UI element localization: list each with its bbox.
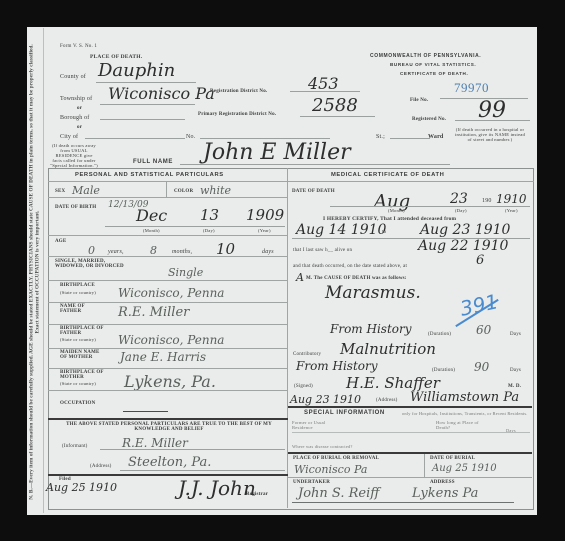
bureau-title: BUREAU OF VITAL STATISTICS.	[390, 62, 476, 67]
undertaker-name: John S. Reiff	[298, 486, 379, 501]
st-label: St.;	[376, 134, 385, 140]
md-label: M. D.	[508, 384, 521, 389]
year-caption: (Year)	[258, 228, 271, 233]
residence-note: (If death occurs away from USUAL RESIDEN…	[50, 143, 98, 168]
dod-year: 1910	[496, 192, 527, 206]
township-line	[100, 104, 195, 105]
dod-label: DATE OF DEATH	[292, 189, 335, 194]
state-country-caption: (State or country)	[60, 337, 96, 342]
row-rule	[48, 324, 288, 325]
occurred-text: and that death occurred, on the date sta…	[293, 264, 407, 269]
registered-line	[455, 120, 530, 121]
occupation-label: OCCUPATION	[60, 401, 95, 406]
special-line	[292, 432, 530, 433]
cause-duration-source: From History	[330, 322, 412, 336]
attended-to: Aug 23 1910	[420, 222, 510, 238]
physician-address-label: (Address)	[376, 398, 398, 403]
dob-month: Dec	[136, 206, 167, 225]
days-label: Days	[510, 368, 521, 373]
cause-of-death: Marasmus.	[325, 283, 421, 303]
form-number: Form V. S. No. 1	[60, 44, 97, 49]
row-rule	[48, 390, 288, 391]
row-rule	[48, 280, 288, 281]
city-line	[85, 138, 185, 139]
undertaker-label: UNDERTAKER	[293, 480, 330, 485]
contrib-duration: 90	[474, 360, 489, 374]
file-no-label: File No.	[410, 98, 428, 103]
center-divider	[287, 168, 288, 508]
undertaker-address-label: ADDRESS	[430, 480, 455, 485]
reg-district-label: Registration District No.	[210, 89, 267, 94]
row-rule	[48, 348, 288, 349]
how-long-label: How long at Place of Death?	[436, 420, 486, 430]
mother-birthplace-label: BIRTHPLACE OF MOTHER	[60, 370, 105, 380]
row-rule	[48, 302, 288, 303]
meridian: A	[296, 271, 304, 284]
days-label: days	[262, 249, 274, 255]
marital-value: Single	[168, 266, 203, 279]
state-country-caption: (State or country)	[60, 381, 96, 386]
state-country-caption: (State or country)	[60, 290, 96, 295]
month-caption: (Month)	[143, 228, 160, 233]
special-info-subtitle: only for Hospitals, Institutions, Transi…	[402, 411, 528, 416]
mother-birthplace-value: Lykens, Pa.	[124, 372, 216, 391]
last-saw-text: that I last saw h__ alive on	[293, 248, 352, 253]
street-line	[200, 138, 330, 139]
dob-day: 13	[200, 206, 219, 224]
margin-rule	[43, 28, 44, 513]
county-line	[96, 82, 196, 83]
death-hour: 6	[476, 253, 484, 268]
burial-place-label: PLACE OF BURIAL OR REMOVAL	[293, 456, 379, 461]
registrar-label: Registrar	[246, 492, 268, 497]
informant-value: R.E. Miller	[122, 436, 188, 450]
dod-year-prefix: 190	[482, 198, 492, 204]
medical-section-title: MEDICAL CERTIFICATE OF DEATH	[331, 172, 444, 178]
borough-line	[100, 119, 185, 120]
sex-label: SEX	[55, 189, 65, 194]
dob-line	[105, 226, 285, 227]
contributory-label: Contributory	[293, 352, 321, 357]
last-saw-date: Aug 22 1910	[418, 238, 508, 254]
day-caption: (Day)	[203, 228, 215, 233]
father-label: NAME OF FATHER	[60, 304, 100, 314]
months-label: months,	[172, 249, 192, 255]
contrib-duration-source: From History	[296, 359, 378, 373]
father-birthplace-label: BIRTHPLACE OF FATHER	[60, 326, 105, 336]
row-rule	[48, 197, 288, 198]
township-value: Wiconisco Pa	[108, 84, 215, 103]
burial-rule	[288, 452, 532, 454]
sex-value: Male	[72, 184, 100, 197]
year-caption: (Year)	[505, 208, 518, 213]
dob-label: DATE OF BIRTH	[55, 205, 96, 210]
contracted-label: Where was disease contracted?	[292, 444, 353, 449]
certificate-title: CERTIFICATE OF DEATH.	[400, 71, 468, 76]
full-name-line	[180, 164, 450, 165]
ward-label: Ward	[428, 134, 443, 140]
mother-value: Jane E. Harris	[120, 350, 206, 364]
age-label: AGE	[55, 239, 66, 244]
cause-duration: 60	[476, 323, 491, 337]
reg-district-line	[290, 91, 360, 92]
filed-date: Aug 25 1910	[46, 481, 117, 494]
commonwealth-title: COMMONWEALTH OF PENNSYLVANIA.	[370, 53, 481, 59]
attest-statement: THE ABOVE STATED PERSONAL PARTICULARS AR…	[58, 422, 280, 432]
special-info-title: SPECIAL INFORMATION	[304, 410, 385, 416]
undertaker-address: Lykens Pa	[412, 486, 478, 501]
duration-label: (Duration)	[432, 368, 455, 373]
st-line	[390, 138, 430, 139]
no-label: No.	[186, 134, 195, 140]
or-label: or	[77, 125, 82, 130]
borough-label: Borough of	[60, 115, 90, 121]
sex-color-divider	[166, 181, 167, 197]
registrar-signature: J.J. John	[178, 476, 256, 500]
cause-label: M. The CAUSE OF DEATH was as follows:	[306, 276, 407, 281]
primary-reg-label: Primary Registration District No.	[198, 112, 276, 117]
contributory-cause: Malnutrition	[340, 340, 436, 358]
county-value: Dauphin	[98, 60, 175, 81]
address-label: (Address)	[90, 464, 112, 469]
full-name-label: FULL NAME	[133, 159, 173, 165]
or-label: or	[77, 106, 82, 111]
informant-address: Steelton, Pa.	[128, 455, 211, 470]
informant-line	[100, 449, 285, 450]
side-instructions: N. B.—Every item of information should b…	[27, 32, 43, 512]
undertaker-line	[292, 502, 514, 503]
dob-year: 1909	[246, 206, 284, 224]
duration-label: (Duration)	[428, 332, 451, 337]
row-rule	[48, 256, 288, 257]
primary-reg-line	[300, 116, 375, 117]
row-rule	[48, 368, 288, 369]
mother-label: MAIDEN NAME OF MOTHER	[60, 350, 105, 360]
file-no-stamp: 79970	[454, 80, 489, 96]
county-label: County of	[60, 74, 86, 80]
days-label: Days	[510, 332, 521, 337]
day-caption: (Day)	[455, 208, 467, 213]
row-rule	[48, 235, 288, 236]
color-label: COLOR	[174, 189, 193, 194]
to-label: to	[382, 230, 386, 235]
section-title-rule	[48, 181, 534, 182]
burial-date: Aug 25 1910	[432, 463, 497, 474]
signed-label: (Signed)	[294, 384, 313, 389]
special-rule	[288, 406, 532, 408]
burial-date-label: DATE OF BURIAL	[430, 456, 475, 461]
informant-label: (Informant)	[62, 444, 88, 449]
burial-divider	[424, 454, 425, 478]
father-birthplace-value: Wiconisco, Penna	[118, 333, 224, 347]
dod-day: 23	[450, 191, 468, 207]
burial-place: Wiconisco Pa	[294, 463, 367, 476]
marital-label: SINGLE, MARRIED, WIDOWED, OR DIVORCED	[55, 259, 135, 269]
attest-rule	[48, 418, 288, 420]
primary-reg-value: 2588	[312, 95, 358, 116]
birthplace-label: BIRTHPLACE	[60, 283, 95, 288]
personal-section-title: PERSONAL AND STATISTICAL PARTICULARS	[75, 172, 224, 178]
years-label: years,	[108, 249, 124, 255]
month-caption: (Month)	[388, 208, 405, 213]
city-label: City of	[60, 134, 78, 140]
signed-date: Aug 23 1910	[290, 393, 361, 406]
attended-from: Aug 14 1910	[296, 222, 386, 238]
undertaker-rule	[288, 477, 532, 478]
township-label: Township of	[60, 96, 92, 102]
physician-address: Williamstown Pa	[410, 390, 519, 405]
father-value: R.E. Miller	[118, 305, 189, 320]
birthplace-value: Wiconisco, Penna	[118, 286, 224, 300]
color-value: white	[200, 184, 231, 197]
full-name-value: John E Miller	[203, 140, 351, 165]
former-residence-label: Former or Usual Residence	[292, 420, 332, 430]
dod-line	[330, 206, 530, 207]
address-line	[120, 470, 285, 471]
registered-label: Registered No.	[412, 117, 446, 122]
hospital-note: (If death occurred in a hospital or inst…	[455, 127, 525, 142]
occupation-line	[123, 411, 168, 412]
